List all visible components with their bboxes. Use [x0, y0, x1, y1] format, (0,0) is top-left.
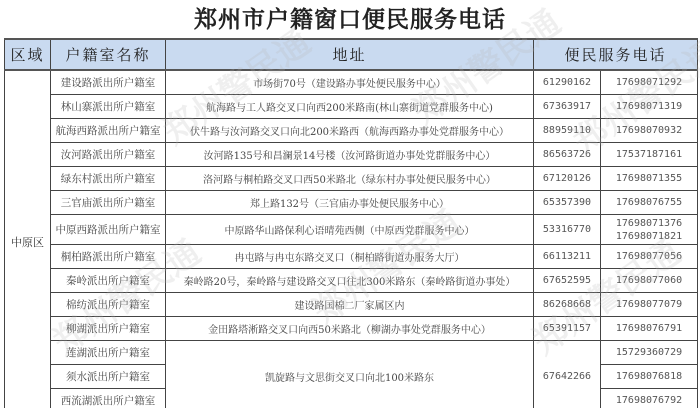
table-row: 三官庙派出所户籍室 郑上路132号（三官庙办事处便民服务中心） 65357390…: [5, 191, 698, 215]
office-name: 莲湖派出所户籍室: [51, 341, 166, 365]
address: 中原路华山路保利心语晴苑西侧（中原西党群服务中心）: [166, 215, 534, 245]
landline: 65391157: [534, 317, 601, 341]
mobile: 17537187161: [601, 143, 698, 167]
landline: 67363917: [534, 95, 601, 119]
header-phone: 便民服务电话: [534, 39, 698, 70]
office-name: 西流湖派出所户籍室: [51, 389, 166, 408]
mobile-pair: 17698071376 17698071821: [601, 215, 698, 245]
office-name: 三官庙派出所户籍室: [51, 191, 166, 215]
office-name: 建设路派出所户籍室: [51, 70, 166, 95]
table-row: 秦岭派出所户籍室 秦岭路20号，秦岭路与建设路交叉口往北300米路东（秦岭路街道…: [5, 269, 698, 293]
landline: 67652595: [534, 269, 601, 293]
header-region: 区域: [5, 39, 51, 70]
table-row: 棉纺派出所户籍室 建设路国棉二厂家属区内 86268668 1769807707…: [5, 293, 698, 317]
address: 冉屯路与冉屯东路交叉口（桐柏路街道办服务大厅）: [166, 245, 534, 269]
phone-directory-table: 区域 户籍室名称 地址 便民服务电话 中原区 建设路派出所户籍室 市场街70号（…: [4, 38, 698, 408]
table-row: 柳湖派出所户籍室 金田路塔淅路交叉口向西50米路北（柳湖办事处党群服务中心） 6…: [5, 317, 698, 341]
mobile: 15729360729: [601, 341, 698, 365]
office-name: 柳湖派出所户籍室: [51, 317, 166, 341]
header-office-name: 户籍室名称: [51, 39, 166, 70]
table-row: 绿东村派出所户籍室 洛河路与桐柏路交叉口西50米路北（绿东村办事处便民服务中心）…: [5, 167, 698, 191]
table-row: 航海西路派出所户籍室 伏牛路与汝河路交叉口向北200米路西（航海西路办事处党群服…: [5, 119, 698, 143]
landline: 67120126: [534, 167, 601, 191]
address: 郑上路132号（三官庙办事处便民服务中心）: [166, 191, 534, 215]
shared-address: 凯旋路与文思街交叉口向北100米路东: [166, 341, 534, 408]
mobile: 17698076791: [601, 317, 698, 341]
table-row: 汝河路派出所户籍室 汝河路135号和昌澜景14号楼（汝河路街道办事处党群服务中心…: [5, 143, 698, 167]
mobile: 17698071319: [601, 95, 698, 119]
address: 伏牛路与汝河路交叉口向北200米路西（航海西路办事处党群服务中心）: [166, 119, 534, 143]
office-name: 桐柏路派出所户籍室: [51, 245, 166, 269]
landline: 86563726: [534, 143, 601, 167]
landline: 86268668: [534, 293, 601, 317]
mobile: 17698077079: [601, 293, 698, 317]
office-name: 棉纺派出所户籍室: [51, 293, 166, 317]
office-name: 须水派出所户籍室: [51, 365, 166, 389]
table-row: 桐柏路派出所户籍室 冉屯路与冉屯东路交叉口（桐柏路街道办服务大厅） 661132…: [5, 245, 698, 269]
table-row: 中原区 建设路派出所户籍室 市场街70号（建设路办事处便民服务中心） 61290…: [5, 70, 698, 95]
mobile: 17698076755: [601, 191, 698, 215]
table-row: 莲湖派出所户籍室 凯旋路与文思街交叉口向北100米路东 67642266 157…: [5, 341, 698, 365]
mobile: 17698071292: [601, 70, 698, 95]
mobile: 17698077060: [601, 269, 698, 293]
page-title: 郑州市户籍窗口便民服务电话: [0, 0, 700, 37]
address: 航海路与工人路交叉口向西200米路南(林山寨街道党群服务中心): [166, 95, 534, 119]
header-address: 地址: [166, 39, 534, 70]
landline: 88959110: [534, 119, 601, 143]
address: 金田路塔淅路交叉口向西50米路北（柳湖办事处党群服务中心）: [166, 317, 534, 341]
address: 建设路国棉二厂家属区内: [166, 293, 534, 317]
office-name: 航海西路派出所户籍室: [51, 119, 166, 143]
address: 市场街70号（建设路办事处便民服务中心）: [166, 70, 534, 95]
office-name: 绿东村派出所户籍室: [51, 167, 166, 191]
mobile: 17698071376: [601, 217, 697, 230]
landline: 66113211: [534, 245, 601, 269]
mobile: 17698076818: [601, 365, 698, 389]
landline: 61290162: [534, 70, 601, 95]
address: 秦岭路20号，秦岭路与建设路交叉口往北300米路东（秦岭路街道办事处）: [166, 269, 534, 293]
landline: 53316770: [534, 215, 601, 245]
mobile: 17698077056: [601, 245, 698, 269]
address: 洛河路与桐柏路交叉口西50米路北（绿东村办事处便民服务中心）: [166, 167, 534, 191]
mobile: 17698076792: [601, 389, 698, 408]
mobile: 17698070932: [601, 119, 698, 143]
mobile-secondary: 17698071821: [601, 230, 697, 243]
office-name: 中原西路派出所户籍室: [51, 215, 166, 245]
office-name: 林山寨派出所户籍室: [51, 95, 166, 119]
mobile: 17698071355: [601, 167, 698, 191]
table-header-row: 区域 户籍室名称 地址 便民服务电话: [5, 39, 698, 70]
office-name: 秦岭派出所户籍室: [51, 269, 166, 293]
shared-landline: 67642266: [534, 341, 601, 408]
address: 汝河路135号和昌澜景14号楼（汝河路街道办事处党群服务中心）: [166, 143, 534, 167]
office-name: 汝河路派出所户籍室: [51, 143, 166, 167]
table-row: 林山寨派出所户籍室 航海路与工人路交叉口向西200米路南(林山寨街道党群服务中心…: [5, 95, 698, 119]
region-cell: 中原区: [5, 70, 51, 408]
landline: 65357390: [534, 191, 601, 215]
table-row: 中原西路派出所户籍室 中原路华山路保利心语晴苑西侧（中原西党群服务中心） 533…: [5, 215, 698, 245]
